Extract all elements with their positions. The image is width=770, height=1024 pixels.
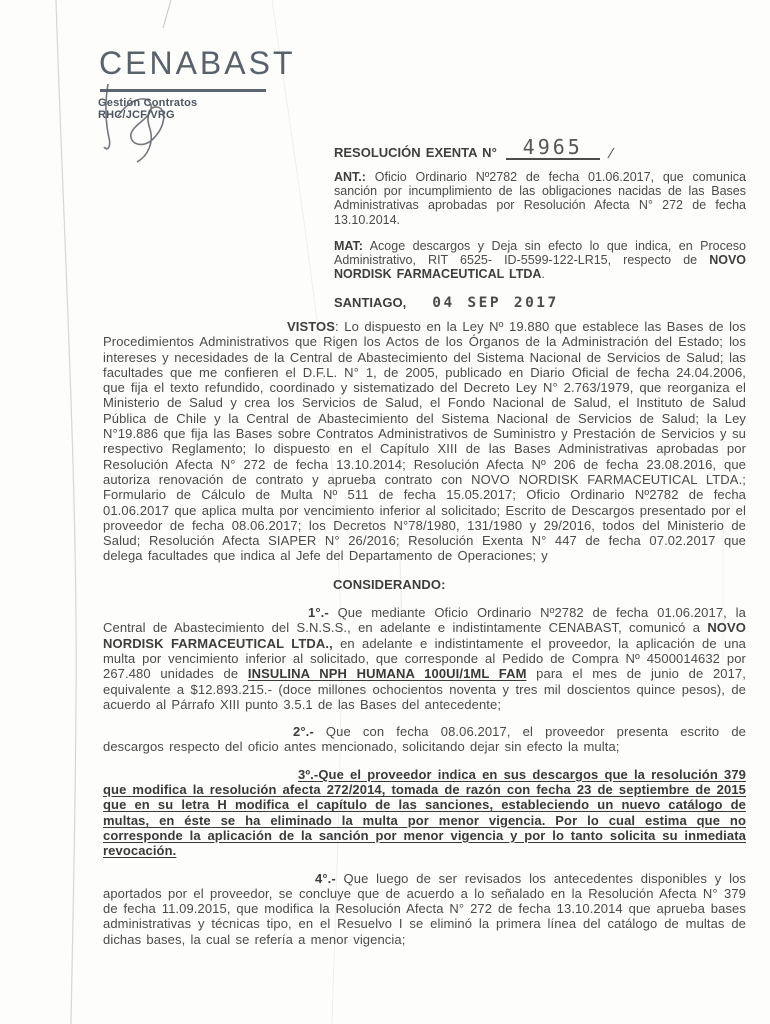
date-stamp: 04 SEP 2017	[432, 296, 559, 310]
item-4-text: Que luego de ser revisados los anteceden…	[103, 871, 746, 947]
considerando-item-1: 1°.- Que mediante Oficio Ordinario Nº278…	[103, 605, 746, 712]
resolution-line: RESOLUCIÓN EXENTA N° 4965 /	[334, 134, 746, 160]
item-1-number: 1°.-	[308, 605, 338, 620]
item-1-text-a: Que mediante Oficio Ordinario Nº2782 de …	[103, 605, 746, 635]
resolution-number-underline: 4965	[506, 137, 600, 160]
reference-block: RESOLUCIÓN EXENTA N° 4965 / ANT.: Oficio…	[334, 134, 746, 311]
vistos-paragraph: VISTOS: Lo dispuesto en la Ley Nº 19.880…	[103, 319, 746, 564]
considerando-item-2: 2°.- Que con fecha 08.06.2017, el provee…	[103, 724, 746, 755]
city-label: SANTIAGO,	[334, 296, 406, 310]
considerando-item-3: 3º.-Que el proveedor indica en sus desca…	[103, 767, 746, 859]
considerando-heading: CONSIDERANDO:	[333, 577, 746, 592]
item-2-text: Que con fecha 08.06.2017, el proveedor p…	[103, 724, 746, 754]
ant-paragraph: ANT.: Oficio Ordinario Nº2782 de fecha 0…	[334, 170, 746, 227]
signature-scribble	[90, 84, 210, 184]
city-date-line: SANTIAGO, 04 SEP 2017	[334, 296, 746, 310]
considerando-item-4: 4°.- Que luego de ser revisados los ante…	[103, 871, 746, 947]
item-2-number: 2°.-	[293, 724, 326, 739]
scanned-document-page: CENABAST Gestión Contratos RHC/JCF/VRG R…	[0, 0, 770, 1024]
cenabast-logo: CENABAST	[99, 45, 295, 82]
mat-text: Acoge descargos y Deja sin efecto lo que…	[334, 239, 746, 267]
document-body: VISTOS: Lo dispuesto en la Ley Nº 19.880…	[103, 319, 746, 947]
item-1-product-name: INSULINA NPH HUMANA 100UI/1ML FAM	[248, 666, 527, 681]
mat-paragraph: MAT: Acoge descargos y Deja sin efecto l…	[334, 239, 746, 282]
mat-label: MAT:	[334, 239, 363, 253]
vistos-label: VISTOS	[287, 319, 335, 334]
item-3-text: Que el proveedor indica en sus descargos…	[103, 767, 746, 858]
resolution-label: RESOLUCIÓN EXENTA N°	[334, 146, 497, 160]
mat-text-end: .	[541, 267, 544, 281]
ant-label: ANT.:	[334, 170, 366, 184]
resolution-suffix-slash: /	[606, 146, 615, 160]
item-3-number: 3º.-	[298, 767, 318, 782]
ant-text: Oficio Ordinario Nº2782 de fecha 01.06.2…	[334, 170, 746, 227]
resolution-number-stamp: 4965	[523, 135, 583, 159]
vistos-text: : Lo dispuesto en la Ley Nº 19.880 que e…	[103, 319, 746, 563]
item-4-number: 4°.-	[315, 871, 344, 886]
